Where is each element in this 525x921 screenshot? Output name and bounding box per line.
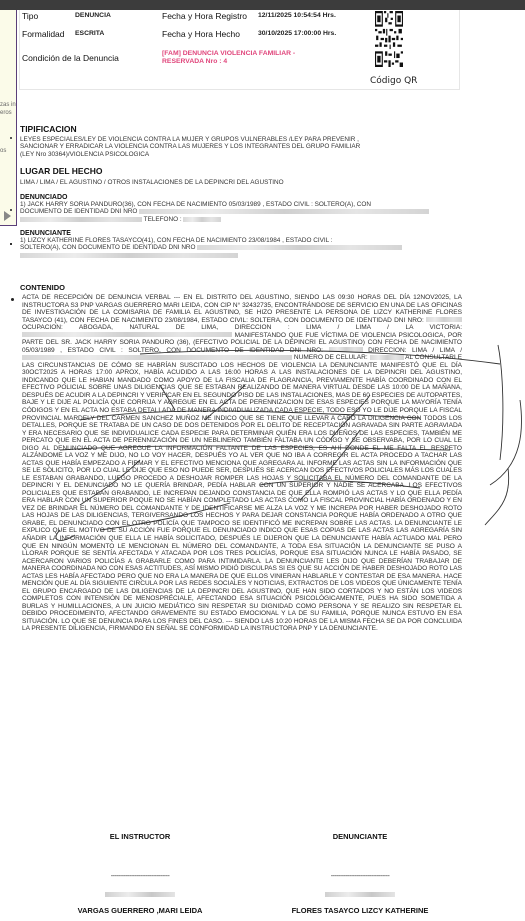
bullet [10,243,12,245]
denunciado-text: 1) JACK HARRY SORIA PANDURO(36), CON FEC… [20,201,470,223]
contenido-paragraph: NUMERO DE CELULAR: [294,354,368,361]
redacted-text [426,317,462,322]
condicion-label: Condición de la Denuncia [22,53,119,63]
denunciado-title: DENUNCIADO [20,194,470,201]
play-triangle-icon[interactable] [4,211,11,221]
condicion-value: [FAM] DENUNCIA VIOLENCIA FAMILIAR - RESE… [162,50,295,65]
denunciante-text: 1) LIZCY KATHERINE FLORES TASAYCO(41), C… [20,237,470,259]
redacted-text [329,347,363,352]
denunciado-dni-label: DOCUMENTO DE IDENTIDAD DNI NRO [20,208,137,215]
redacted-text [20,217,142,222]
denunciado-line: 1) JACK HARRY SORIA PANDURO(36), CON FEC… [20,201,470,208]
condicion-line-2: RESERVADA Nro : 4 [162,58,227,65]
signature-instructor-name: VARGAS GUERRERO ,MARI LEIDA [55,906,225,915]
condicion-line-1: [FAM] DENUNCIA VIOLENCIA FAMILIAR - [162,50,295,57]
side-panel-fragment: eros [0,110,12,116]
tipo-value: DENUNCIA [75,12,111,19]
denunciante-title: DENUNCIANTE [20,230,470,237]
viewer-top-bar [0,0,525,10]
tipificacion-text: LEYES ESPECIALES/LEY DE VIOLENCIA CONTRA… [20,136,460,158]
contenido-paragraph: OCUPACION: ABOGADA, NATURAL DE LIMA, DIR… [22,324,462,331]
formalidad-label: Formalidad [22,29,65,39]
fecha-registro-label: Fecha y Hora Registro [162,11,247,21]
tipificacion-line: (LEY Nro 30364)/VIOLENCIA PSICOLOGICA [20,151,460,158]
contenido-title: CONTENIDO [20,283,65,292]
signature-line: -------------------------------- [270,873,450,880]
lugar-title: LUGAR DEL HECHO [20,166,460,176]
redacted-text [22,332,232,337]
redacted-text [183,217,221,222]
contenido-paragraph: AL CONSULTARLE LAS CIRCUNSTANCIAS DE CÓM… [22,354,462,632]
tipificacion-line: SANCIONAR Y ERRADICAR LA VIOLENCIA CONTR… [20,143,460,150]
formalidad-value: ESCRITA [75,30,104,37]
tipo-label: Tipo [22,11,38,21]
tipificacion-title: TIPIFICACION [20,124,460,134]
signature-instructor: EL INSTRUCTOR --------------------------… [55,832,225,915]
signature-denunciante-name: FLORES TASAYCO LIZCY KATHERINE [270,906,450,915]
lugar-section: LUGAR DEL HECHO LIMA / LIMA / EL AGUSTIN… [20,166,460,186]
qr-code-image [375,11,403,67]
redacted-text [325,892,395,897]
fecha-hecho-value: 30/10/2025 17:00:00 Hrs. [258,30,336,37]
tipificacion-line: LEYES ESPECIALES/LEY DE VIOLENCIA CONTRA… [20,136,460,143]
redacted-text [105,892,175,897]
bullet [11,298,14,301]
signature-instructor-title: EL INSTRUCTOR [55,832,225,841]
side-panel: zas in eros os [0,10,17,226]
telefono-label: TELEFONO : [144,216,182,223]
redacted-text [20,253,238,258]
redacted-text [22,355,292,360]
contenido-title-wrap: CONTENIDO [20,283,65,292]
redacted-text [139,209,429,214]
contenido-text: ACTA DE RECEPCIÓN DE DENUNCIA VERBAL ---… [22,294,462,633]
lugar-text: LIMA / LIMA / EL AGUSTINO / OTROS INSTAL… [20,179,460,186]
tipificacion-section: TIPIFICACION LEYES ESPECIALES/LEY DE VIO… [20,124,460,158]
redacted-text [370,355,404,360]
side-panel-fragment: zas in [0,102,16,108]
side-panel-bullet [10,137,12,139]
denunciante-line: 1) LIZCY KATHERINE FLORES TASAYCO(41), C… [20,237,470,244]
signature-line: -------------------------------- [55,873,225,880]
qr-caption: Código QR [370,76,417,86]
denunciante-dni-label: SOLTERO(A), CON DOCUMENTO DE IDENTIDAD D… [20,244,196,251]
side-panel-fragment: os [0,148,6,154]
signature-denunciante: DENUNCIANTE ----------------------------… [270,832,450,915]
denunciado-section: DENUNCIADO 1) JACK HARRY SORIA PANDURO(3… [20,194,470,223]
denuncia-header-card: Tipo DENUNCIA Formalidad ESCRITA Condici… [19,10,460,90]
redacted-text [197,245,402,250]
fecha-registro-value: 12/11/2025 10:54:54 Hrs. [258,12,336,19]
signature-denunciante-title: DENUNCIANTE [270,832,450,841]
denunciante-section: DENUNCIANTE 1) LIZCY KATHERINE FLORES TA… [20,230,470,259]
contenido-paragraph: DIRECCION: LIMA / LIMA / [368,347,462,354]
contenido-paragraph: ACTA DE RECEPCIÓN DE DENUNCIA VERBAL ---… [22,294,462,324]
fecha-hecho-label: Fecha y Hora Hecho [162,29,240,39]
